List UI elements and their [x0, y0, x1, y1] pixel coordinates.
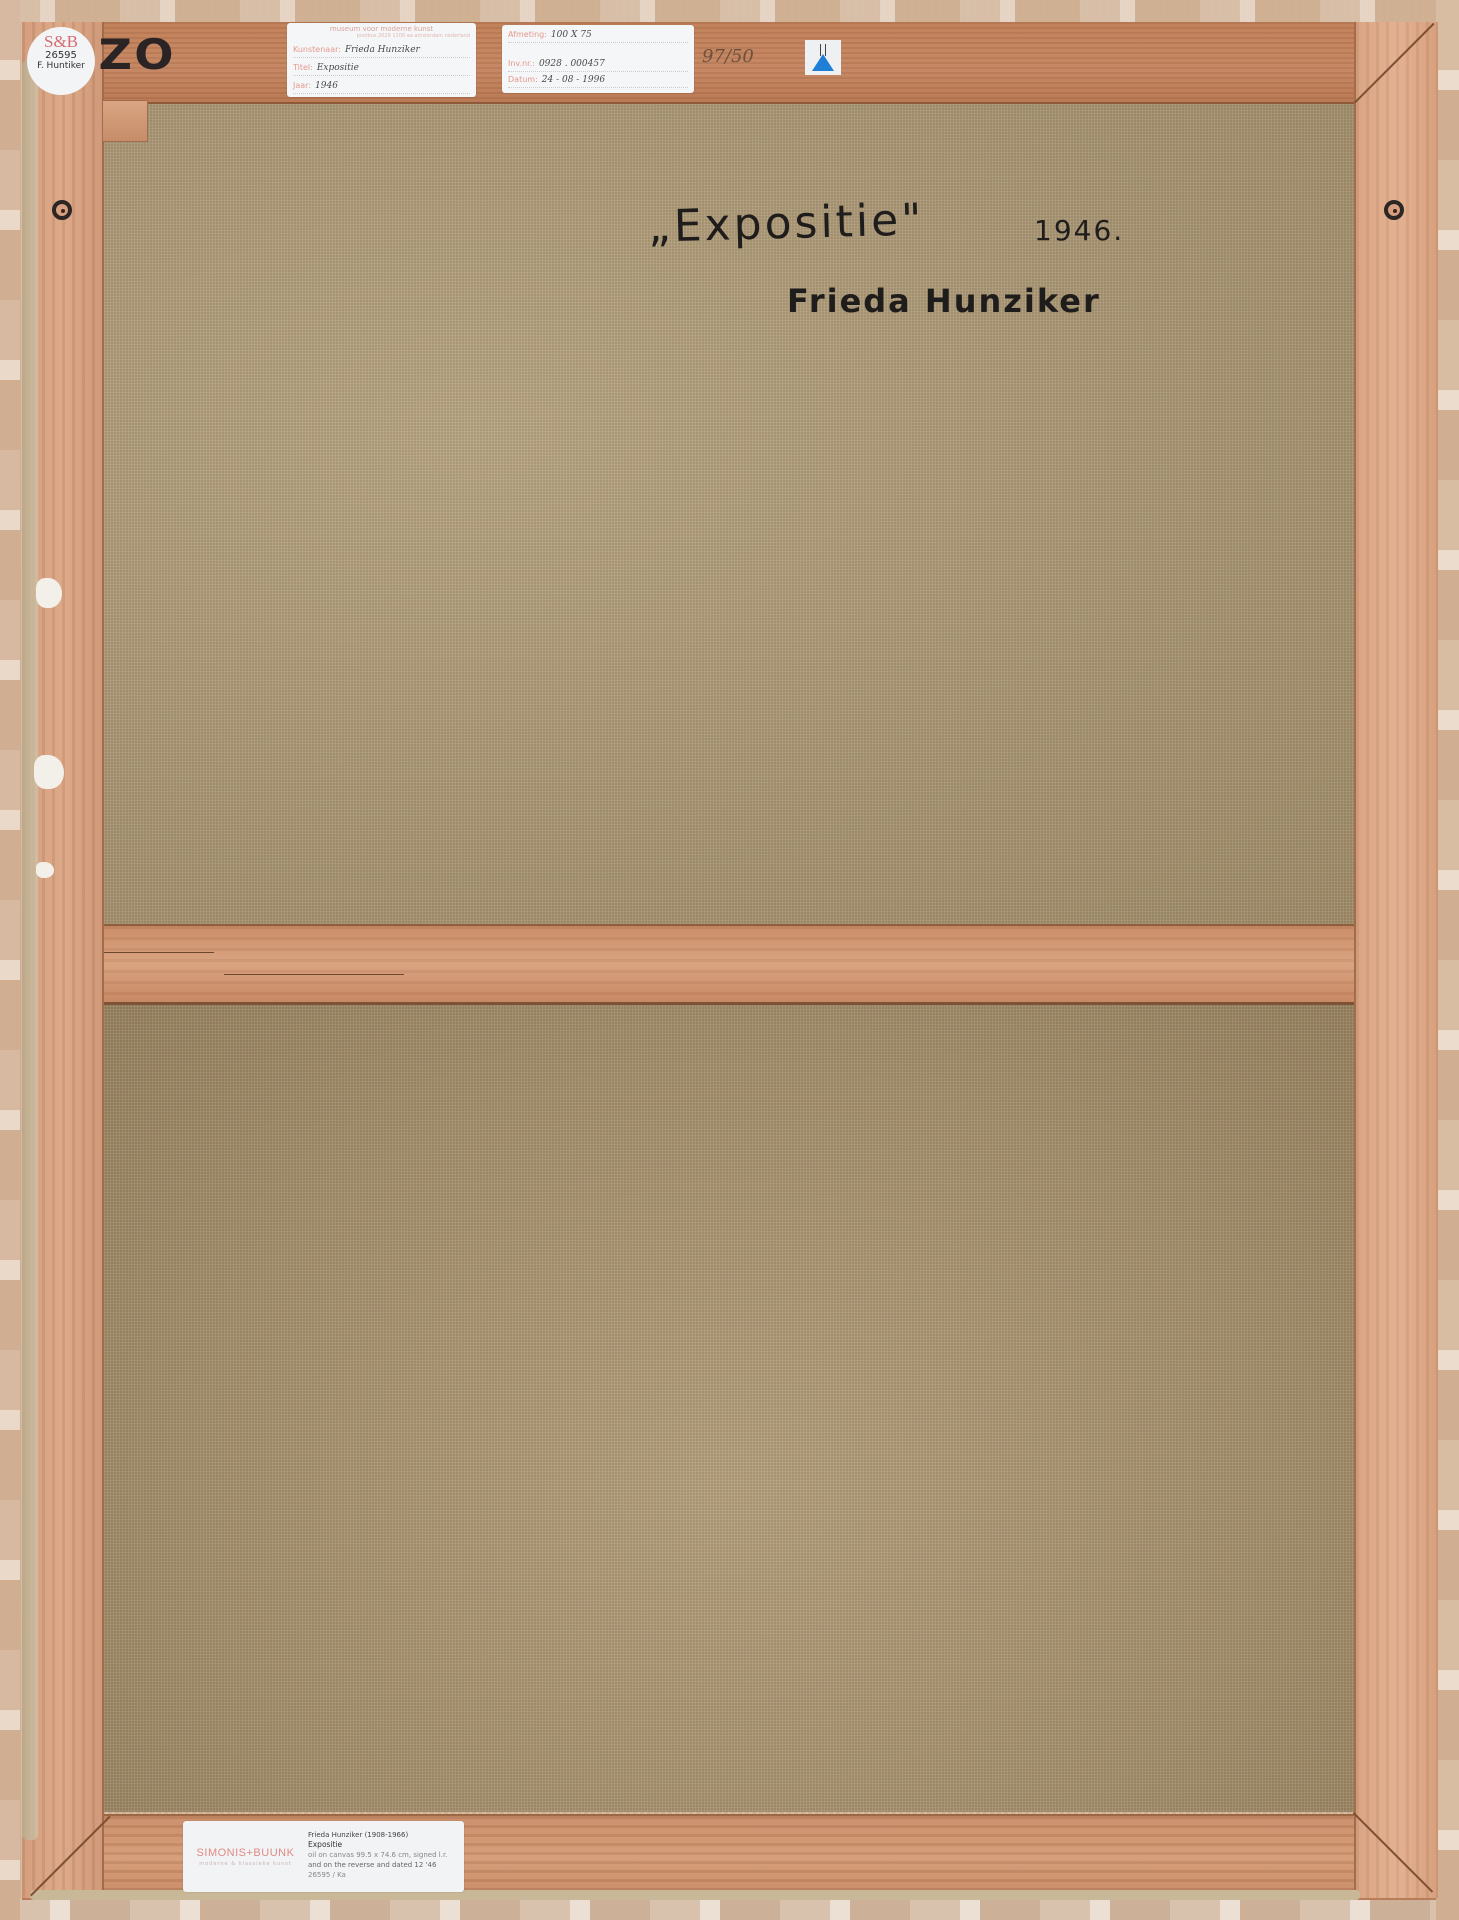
field-label: Jaar: — [293, 81, 311, 90]
outer-frame-top — [0, 0, 1459, 22]
auction-brand-tagline: moderne & klassieke kunst — [199, 1861, 292, 1867]
auction-description-1: oil on canvas 99.5 x 74.6 cm, signed l.r… — [308, 1850, 447, 1860]
paint-drip — [36, 862, 54, 878]
inscription-title: „Expositie" — [647, 194, 925, 252]
canvas-lower-panel — [104, 1000, 1354, 1812]
museum-label-field: Kunstenaar: Frieda Hunziker — [293, 45, 470, 58]
field-value: Expositie — [317, 63, 359, 73]
measure-label-field: Inv.nr.: 0928 . 000457 — [508, 59, 688, 72]
outer-frame-left — [0, 0, 20, 1920]
inscription-artist: Frieda Hunziker — [787, 282, 1101, 320]
stretcher-mark: ZO — [98, 34, 175, 76]
auction-description-2: and on the reverse and dated 12 '46 — [308, 1860, 447, 1870]
field-value: 0928 . 000457 — [539, 59, 605, 69]
auction-brand-name: SIMONIS+BUUNK — [197, 1847, 295, 1859]
field-label: Inv.nr.: — [508, 59, 535, 68]
museum-label: museum voor moderne kunst postbus 2028 1… — [287, 23, 476, 97]
museum-label-header: museum voor moderne kunst — [293, 25, 470, 33]
wood-crack — [224, 974, 404, 975]
stretcher-bar-right — [1354, 22, 1438, 1898]
sticker-brand: S&B — [27, 33, 95, 50]
field-label: Datum: — [508, 75, 538, 84]
blue-triangle-sticker — [805, 40, 841, 75]
blue-triangle-icon — [812, 54, 834, 71]
corner-key-wedge — [102, 100, 148, 142]
measure-label-field: Afmeting: 100 X 75 — [508, 30, 688, 43]
field-value: 24 - 08 - 1996 — [542, 75, 605, 85]
field-value: 100 X 75 — [551, 30, 592, 40]
canvas-tacking-edge-left — [22, 60, 38, 1840]
sticker-artist: F. Huntiker — [27, 61, 95, 71]
wood-crack — [104, 952, 214, 953]
pencil-mark: 97/50 — [702, 46, 754, 67]
inscription-year: 1946. — [1034, 214, 1124, 247]
auction-artist: Frieda Hunziker (1908-1966) — [308, 1830, 447, 1840]
field-label: Kunstenaar: — [293, 45, 341, 54]
paint-drip — [34, 755, 64, 789]
museum-label-field: Jaar: 1946 — [293, 81, 470, 94]
field-value: 1946 — [315, 81, 338, 91]
auction-lot-number: 26595 / Ka — [308, 1870, 447, 1880]
auction-title: Expositie — [308, 1840, 447, 1850]
outer-frame-bottom — [0, 1898, 1459, 1920]
museum-label-subheader: postbus 2028 1100 aa amsterdam nederland — [293, 33, 470, 40]
measure-label-field: Datum: 24 - 08 - 1996 — [508, 75, 688, 88]
screw-eye-right — [1384, 200, 1404, 220]
auction-label: SIMONIS+BUUNK moderne & klassieke kunst … — [183, 1821, 464, 1892]
field-value: Frieda Hunziker — [345, 45, 420, 55]
field-label: Afmeting: — [508, 30, 547, 39]
stretcher-crossbar — [104, 924, 1354, 1005]
sticker-number: 26595 — [27, 50, 95, 61]
auction-brand: SIMONIS+BUUNK moderne & klassieke kunst — [183, 1821, 308, 1892]
field-label: Titel: — [293, 63, 313, 72]
screw-eye-left — [52, 200, 72, 220]
sb-round-sticker: S&B 26595 F. Huntiker — [27, 27, 95, 95]
museum-label-field: Titel: Expositie — [293, 63, 470, 76]
measure-label: Afmeting: 100 X 75 Inv.nr.: 0928 . 00045… — [502, 25, 694, 93]
auction-info: Frieda Hunziker (1908-1966) Expositie oi… — [308, 1821, 447, 1892]
outer-frame-right — [1436, 0, 1459, 1920]
paint-drip — [36, 578, 62, 608]
